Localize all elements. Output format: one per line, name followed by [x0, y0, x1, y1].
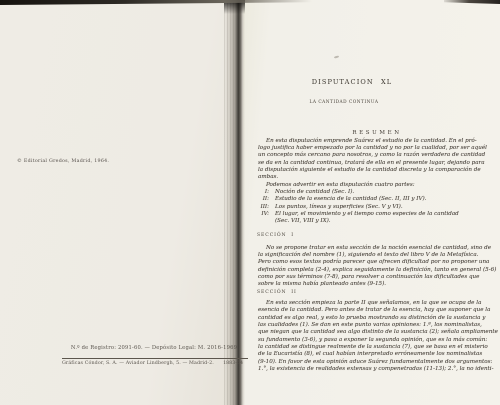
text-line: de la Eucaristía (8), el cual habían int… [258, 351, 496, 358]
list-text: Estudio de la esencia de la cantidad (Se… [275, 196, 496, 203]
text-line: la disputación siguiente el estudio de l… [258, 167, 496, 174]
section-2-paragraph: En esta sección empieza la parte II que … [258, 300, 496, 373]
section-1-paragraph: No se propone tratar en esta sección de … [258, 245, 496, 289]
resumen-heading: RESUMEN [352, 130, 401, 136]
section-2-heading: SECCIÓN II [257, 290, 297, 295]
printer-line: Gráficas Cóndor, S. A. — Aviador Lindber… [62, 361, 212, 366]
text-line: sobre la misma había planteado antes (9-… [258, 281, 496, 288]
page-title: DISPUTACION XL [312, 78, 392, 86]
text-line: Estudio de la esencia de la cantidad (Se… [275, 196, 496, 203]
text-line: (9-10). En favor de esta opinión aduce S… [258, 359, 496, 366]
section-1-heading: SECCIÓN I [257, 233, 294, 238]
list-item: IV: El lugar, el movimiento y el tiempo … [258, 211, 496, 226]
resumen-paragraph: En esta disputación emprende Suárez el e… [258, 138, 496, 182]
parts-list: I: Noción de cantidad (Sec. I). II: Estu… [258, 189, 496, 226]
text-line: Los puntos, líneas y superficies (Sec. V… [275, 204, 496, 211]
registro-line: N.º de Registro: 2091-60. — Depósito Leg… [60, 345, 248, 351]
page-subtitle: LA CANTIDAD CONTINUA [310, 100, 379, 105]
text-line: esencia de la cantidad. Pero antes de tr… [258, 307, 496, 314]
text-line: su fundamento (3-6), y pasa a exponer la… [258, 337, 496, 344]
text-line: definición completa (2-4), explica segui… [258, 267, 496, 274]
text-line: 1.°, la existencia de realidades extensa… [258, 366, 496, 373]
text-line: se da en la cantidad continua, tratará d… [258, 160, 496, 167]
resumen-body: En esta disputación emprende Suárez el e… [258, 138, 496, 226]
book-scan: © Editorial Gredos, Madrid, 1964. N.º de… [0, 0, 500, 405]
text-line: que niegan que la cantidad sea algo dist… [258, 329, 496, 336]
text-line: un concepto más cercano para nosotros, y… [258, 152, 496, 159]
resumen-paragraph-2: Podemos advertir en esta disputación cua… [258, 182, 496, 189]
copyright-line: © Editorial Gredos, Madrid, 1964. [17, 159, 109, 164]
text-line: Pero como esos textos podría parecer que… [258, 259, 496, 266]
list-numeral: III: [258, 204, 269, 211]
list-text: El lugar, el movimiento y el tiempo como… [275, 211, 496, 226]
list-text: Los puntos, líneas y superficies (Sec. V… [275, 204, 496, 211]
list-item: III: Los puntos, líneas y superficies (S… [258, 204, 496, 211]
list-item: II: Estudio de la esencia de la cantidad… [258, 196, 496, 203]
list-numeral: II: [258, 196, 269, 203]
text-line: (Sec. VII, VIII y IX). [275, 218, 496, 225]
print-number: 1883-64 [215, 361, 243, 366]
colophon-rule [62, 358, 248, 359]
text-line: ambas. [258, 174, 496, 181]
list-numeral: IV: [258, 211, 269, 226]
text-line: cantidad es algo real, y esto lo prueba … [258, 315, 496, 322]
